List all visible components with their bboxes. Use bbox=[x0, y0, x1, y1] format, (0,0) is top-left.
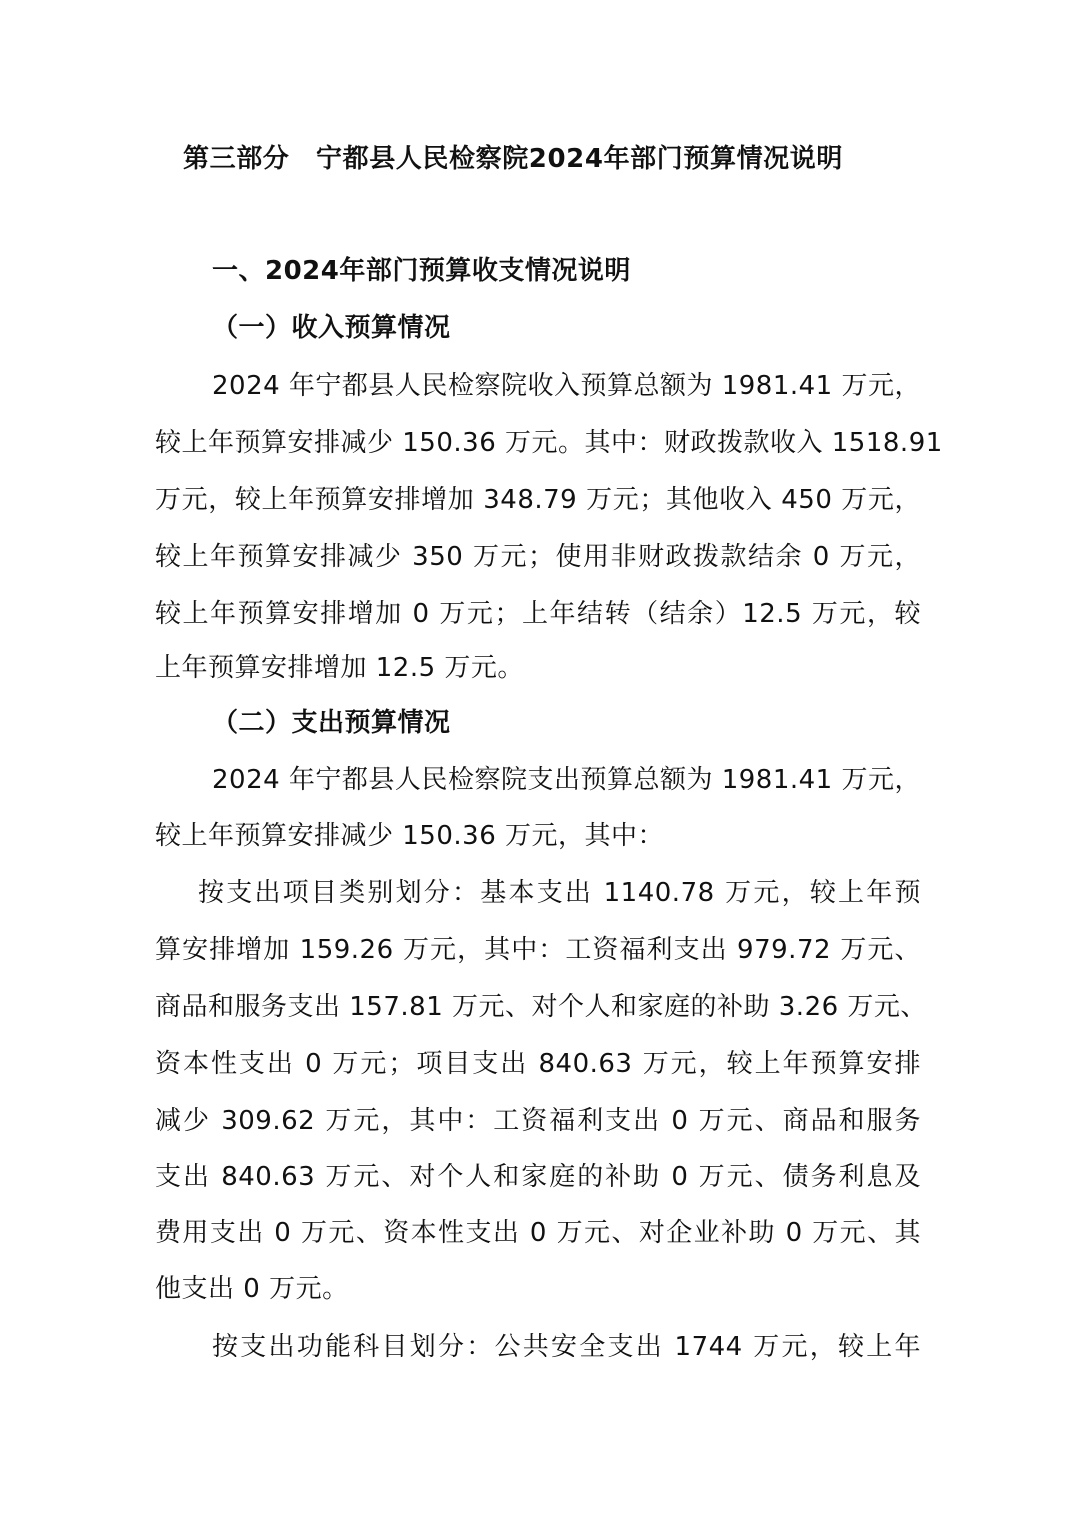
paragraph-line: 资本性支出 0 万元；项目支出 840.63 万元，较上年预算安排 bbox=[155, 1047, 921, 1081]
paragraph-line: 支出 840.63 万元、对个人和家庭的补助 0 万元、债务利息及 bbox=[155, 1160, 921, 1194]
document-title: 第三部分 宁都县人民检察院2024年部门预算情况说明 bbox=[183, 142, 843, 176]
paragraph-line: 较上年预算安排减少 150.36 万元，其中： bbox=[155, 819, 921, 853]
paragraph-line: 2024 年宁都县人民检察院支出预算总额为 1981.41 万元， bbox=[212, 763, 921, 797]
paragraph-line: 算安排增加 159.26 万元，其中：工资福利支出 979.72 万元、 bbox=[155, 933, 921, 967]
paragraph-line: 按支出功能科目划分：公共安全支出 1744 万元，较上年 bbox=[212, 1330, 921, 1364]
paragraph-line: 万元，较上年预算安排增加 348.79 万元；其他收入 450 万元， bbox=[155, 483, 921, 517]
paragraph-line: 他支出 0 万元。 bbox=[155, 1272, 921, 1306]
paragraph-line: 较上年预算安排增加 0 万元；上年结转（结余）12.5 万元，较 bbox=[155, 597, 921, 631]
paragraph-line: 按支出项目类别划分：基本支出 1140.78 万元，较上年预 bbox=[198, 876, 921, 910]
subsection-heading-expenditure: （二）支出预算情况 bbox=[212, 706, 451, 740]
paragraph-line: 较上年预算安排减少 150.36 万元。其中：财政拨款收入 1518.91 bbox=[155, 426, 921, 460]
paragraph-line: 较上年预算安排减少 350 万元；使用非财政拨款结余 0 万元， bbox=[155, 540, 921, 574]
section-heading-budget-overview: 一、2024年部门预算收支情况说明 bbox=[212, 254, 631, 288]
paragraph-line: 上年预算安排增加 12.5 万元。 bbox=[155, 651, 921, 685]
paragraph-line: 2024 年宁都县人民检察院收入预算总额为 1981.41 万元， bbox=[212, 369, 921, 403]
paragraph-line: 费用支出 0 万元、资本性支出 0 万元、对企业补助 0 万元、其 bbox=[155, 1216, 921, 1250]
paragraph-line: 减少 309.62 万元，其中：工资福利支出 0 万元、商品和服务 bbox=[155, 1104, 921, 1138]
subsection-heading-income: （一）收入预算情况 bbox=[212, 311, 451, 345]
paragraph-line: 商品和服务支出 157.81 万元、对个人和家庭的补助 3.26 万元、 bbox=[155, 990, 921, 1024]
document-page: 第三部分 宁都县人民检察院2024年部门预算情况说明 一、2024年部门预算收支… bbox=[0, 0, 1074, 1520]
